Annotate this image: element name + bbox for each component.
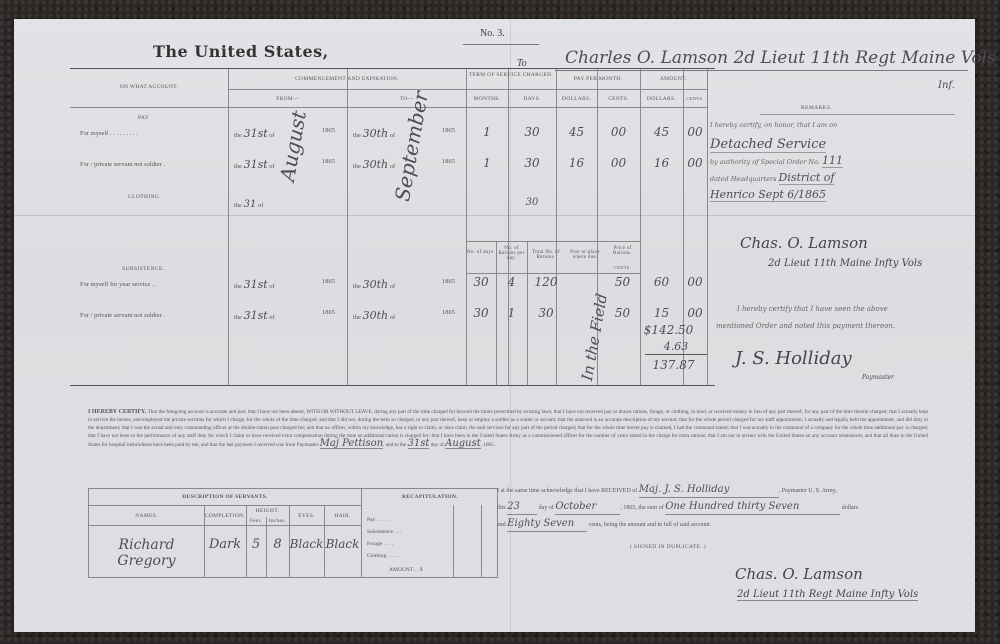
total-amount: 137.87	[640, 358, 707, 372]
remarks-line: by authority of Special Order No.	[710, 158, 820, 166]
pay-days: 30	[508, 125, 556, 139]
subsistence-row-to-year: 1865	[442, 278, 455, 285]
pay-amount-dollars: 16	[640, 156, 683, 170]
subsistence-amount-dollars: 15	[640, 306, 683, 320]
pay-row-from: the 31st of	[234, 158, 275, 171]
pay-months: 1	[466, 156, 508, 170]
receipt-text: I at the same time acknowledge that I ha…	[497, 488, 637, 494]
pay-row-to-year: 1865	[442, 158, 455, 165]
header-pay-cents: CENTS.	[597, 96, 640, 102]
receipt-year: , 1865	[620, 505, 635, 511]
detached-service: Detached Service	[710, 137, 826, 153]
pay-row-to: the 30th of	[353, 158, 395, 171]
subsistence-amount-cents: 00	[683, 275, 707, 289]
subsistence-row-from-year: 1865	[322, 278, 335, 285]
header-pay-per-month: PAY PER MONTH.	[556, 76, 640, 82]
header-from: FROM—	[228, 96, 347, 102]
account-table: ON WHAT ACCOUNT. COMMENCEMENT AND EXPIRA…	[70, 68, 715, 386]
subsistence-row-from: the 31st of	[234, 309, 275, 322]
header-term: TERM OF SERVICE CHARGED.	[466, 72, 556, 78]
received-of: Maj. J. S. Holliday	[639, 482, 779, 498]
col-inches: Inches.	[266, 518, 289, 524]
pay-row-from: the 31st of	[234, 127, 275, 140]
subsistence-days: 30	[466, 306, 496, 320]
payee-suffix: Inf.	[938, 80, 955, 91]
header-price-cents: CENTS.	[605, 265, 640, 270]
subsistence-row-label: For myself for year service . .	[80, 281, 157, 288]
clothing-from: the 31 of	[234, 199, 263, 210]
col-divider	[466, 69, 467, 385]
pay-row-from-year: 1865	[322, 127, 335, 134]
header-no-days: No. of days.	[466, 250, 496, 255]
subsistence-price: 50	[605, 275, 640, 289]
receipt-text: and	[497, 522, 506, 528]
divider	[463, 44, 539, 45]
paymaster-certificate: I hereby certify that I have seen the ab…	[737, 305, 888, 313]
col-divider	[683, 69, 684, 385]
header-post: Post or place where due.	[566, 250, 604, 260]
deduction-amount: 4.63	[645, 340, 707, 353]
col-feet: Feet.	[246, 518, 266, 524]
total-rule	[645, 354, 707, 355]
pay-amount-cents: 00	[683, 125, 707, 139]
col-divider	[228, 69, 229, 385]
header-total-rations: Total No. of Rations.	[527, 250, 565, 260]
col-divider	[707, 69, 708, 385]
certification-paragraph: I HEREBY CERTIFY. That the foregoing acc…	[88, 408, 928, 449]
payee-name: Charles O. Lamson 2d Lieut 11th Regt Mai…	[565, 48, 996, 68]
col-eyes: EYES.	[289, 513, 324, 519]
post-where-due: In the Field	[578, 292, 611, 382]
pay-row-to: the 30th of	[353, 127, 395, 140]
pay-rate-dollars: 45	[556, 125, 597, 139]
col-divider	[453, 505, 454, 577]
header-rations-per-day: No. of Rations per day.	[496, 246, 527, 261]
receipt-month: October	[555, 499, 620, 515]
certification-text: That the foregoing account is accurate a…	[88, 409, 928, 448]
month-from-handwritten: August	[275, 109, 311, 183]
row-divider	[466, 241, 640, 242]
col-divider	[640, 69, 641, 385]
certify-heading: I HEREBY CERTIFY.	[88, 409, 146, 415]
subsistence-row-to-year: 1865	[442, 309, 455, 316]
header-commencement: COMMENCEMENT AND EXPIRATION.	[228, 76, 466, 82]
servant-hair: Black	[324, 537, 361, 551]
remarks-line: I hereby certify, on honor, that I am on	[710, 121, 837, 129]
subsistence-total-rations: 120	[527, 275, 565, 289]
pay-row-label: For / private servant not soldier .	[80, 161, 165, 168]
col-names: NAMES.	[89, 513, 204, 519]
section-subsistence: SUBSISTENCE.	[122, 266, 165, 272]
pay-row-from-year: 1865	[322, 158, 335, 165]
subsistence-row-from: the 31st of	[234, 278, 275, 291]
row-divider	[466, 273, 640, 274]
col-height: HEIGHT.	[246, 508, 289, 514]
servant-feet: 5	[246, 537, 266, 552]
servant-complexion: Dark	[204, 537, 246, 552]
final-rank: 2d Lieut 11th Regt Maine Infty Vols	[737, 589, 918, 601]
order-date: Henrico Sept 6/1865	[710, 188, 826, 202]
section-clothing: CLOTHING.	[128, 194, 161, 200]
receipt-day: 23	[507, 499, 537, 515]
recap-pay: Pay . . . . .	[367, 517, 389, 523]
col-hair: HAIR.	[324, 513, 361, 519]
row-divider	[89, 525, 361, 526]
subsistence-row-to: the 30th of	[353, 278, 395, 291]
clothing-days: 30	[508, 197, 556, 208]
pay-row-label: For myself . . . . . . . . .	[80, 130, 138, 137]
header-account: ON WHAT ACCOUNT.	[70, 84, 228, 90]
receipt-text: day of	[539, 505, 554, 511]
row-divider	[70, 107, 707, 108]
col-divider	[481, 505, 482, 577]
subsistence-amount-dollars: 60	[640, 275, 683, 289]
header-pay-dollars: DOLLARS.	[556, 96, 597, 102]
sum-cents-words: Eighty Seven	[507, 516, 587, 532]
col-divider	[361, 489, 362, 577]
pay-rate-cents: 00	[597, 125, 640, 139]
document-title: The United States,	[153, 42, 329, 61]
recap-forage: Forage . . . .	[367, 541, 393, 547]
pay-row-to-year: 1865	[442, 127, 455, 134]
last-paid-year: 1865	[483, 442, 493, 448]
sum-dollars-words: One Hundred thirty Seven	[665, 499, 840, 515]
header-price: Price of Rations.	[605, 246, 640, 256]
remarks-certificate: I hereby certify, on honor, that I am on…	[710, 120, 955, 205]
col-divider	[508, 69, 509, 385]
row-divider	[228, 89, 707, 90]
headquarters: District of	[779, 171, 835, 185]
paymaster-certificate: mentioned Order and noted this payment t…	[716, 322, 895, 330]
recap-amount: AMOUNT . . $	[389, 567, 423, 573]
col-divider	[556, 69, 557, 385]
final-signature: Chas. O. Lamson	[735, 565, 863, 583]
subtotal-amount: $142.50	[630, 323, 707, 337]
header-amt-dollars: DOLLARS.	[640, 96, 683, 102]
last-paid-month: August	[445, 440, 481, 449]
subsistence-amount-cents: 00	[683, 306, 707, 320]
signed-in-duplicate: ( SIGNED IN DUPLICATE. )	[630, 544, 706, 550]
header-amt-cents: CENTS.	[683, 96, 707, 101]
header-remarks: REMARKS.	[801, 105, 832, 111]
subsistence-row-to: the 30th of	[353, 309, 395, 322]
last-paymaster: Maj Pettison	[320, 440, 384, 449]
servant-name: Richard Gregory	[89, 537, 204, 569]
pay-amount-dollars: 45	[640, 125, 683, 139]
servant-inches: 8	[266, 537, 289, 552]
subsistence-rations-per-day: 4	[496, 275, 527, 289]
recap-title: RECAPITULATION.	[363, 494, 497, 500]
officer-rank: 2d Lieut 11th Maine Infty Vols	[768, 258, 922, 269]
recap-clothing: Clothing . . . . .	[367, 553, 400, 559]
special-order-number: 111	[822, 154, 843, 168]
receipt-acknowledgment: I at the same time acknowledge that I ha…	[497, 482, 937, 533]
row-divider	[89, 505, 361, 506]
servants-table: DESCRIPTION OF SERVANTS. RECAPITULATION.…	[88, 488, 498, 578]
divider	[760, 114, 955, 115]
header-amount: AMOUNT.	[640, 76, 707, 82]
subsistence-row-from-year: 1865	[322, 309, 335, 316]
pay-rate-cents: 00	[597, 156, 640, 170]
receipt-text: , the sum of	[635, 505, 663, 511]
col-complexion: COMPLETION.	[204, 513, 246, 519]
header-days: DAYS.	[508, 96, 556, 102]
subsistence-total-rations: 30	[527, 306, 565, 320]
subsistence-price: 50	[605, 306, 640, 320]
voucher-number: No. 3.	[480, 28, 505, 39]
section-pay: PAY	[138, 115, 149, 121]
paymaster-signature: J. S. Holliday	[735, 348, 852, 369]
pay-months: 1	[466, 125, 508, 139]
receipt-text: , Paymaster U. S. Army,	[779, 488, 837, 494]
recap-subsistence: Subsistence . . .	[367, 529, 401, 535]
subsistence-rations-per-day: 1	[496, 306, 527, 320]
last-paid-day: 31st	[408, 440, 430, 449]
subsistence-row-label: For / private servant not soldier .	[80, 312, 165, 319]
servant-eyes: Black	[289, 537, 324, 551]
receipt-text: cents, being the amount and in full of s…	[589, 522, 711, 528]
officer-signature: Chas. O. Lamson	[740, 234, 868, 252]
pay-amount-cents: 00	[683, 156, 707, 170]
col-divider	[347, 69, 348, 385]
pay-rate-dollars: 16	[556, 156, 597, 170]
pay-days: 30	[508, 156, 556, 170]
header-months: MONTHS.	[466, 96, 508, 102]
paymaster-title: Paymaster	[862, 374, 894, 381]
receipt-text: dollars	[842, 505, 858, 511]
servants-title: DESCRIPTION OF SERVANTS.	[89, 494, 361, 500]
subsistence-days: 30	[466, 275, 496, 289]
receipt-text: this	[497, 505, 506, 511]
remarks-line: dated Headquarters	[710, 175, 777, 183]
